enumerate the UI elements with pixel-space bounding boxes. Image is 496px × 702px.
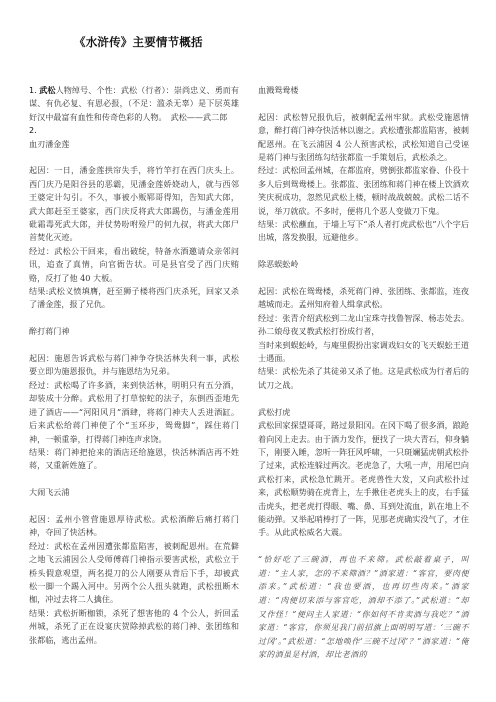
section-heading-blood-blade: 血刃潘金莲 [29,138,239,151]
intro-text: 人物绰号、个性：武松（行者）：崇尚忠义、勇而有谋、有仇必复、有恩必报，（不足：滥… [29,85,239,122]
section-cause: 起因：武松替兄报仇后，被刺配孟州牢狱。武松受施恩情意，醉打蒋门神夺快活林以谢之。… [258,111,469,165]
section-cause: 起因：施恩告诉武松与蒋门神争夺快活林失利一事，武松要立即为施恩报仇，并与施恩结为… [29,352,239,379]
section-heading-centipede-ridge: 除恶蜈蚣岭 [258,258,469,271]
section-process: 经过：武松公干回来，看出破绽，特备水酒邀请众亲邻问讯，追查了真情，向官衙告状。可… [29,245,239,285]
section-result: 结果：武松蘸血，于墙上写下“杀人者打虎武松也”八个字后出城，落发换服，远避他乡。 [258,218,469,245]
section-heading-feiyunpu: 大闹飞云浦 [29,486,239,499]
intro-paragraph: 1. 武松人物绰号、个性：武松（行者）：崇尚忠义、勇而有谋、有仇必复、有恩必报，… [29,84,239,124]
section-heading-tiger-fight: 武松打虎 [258,406,469,419]
section-process: 经过：张青介绍武松到二龙山宝珠寺找鲁智深、杨志处去。孙二娘母夜叉教武松打扮成行者… [258,312,469,339]
section-result: 结果：武松先杀了其徒弟又杀了他。这是武松成为行者后的试刀之战。 [258,365,469,392]
section-heading-mandarin-duck-tower: 血溅鸳鸯楼 [258,84,469,97]
character-name: 武松 [39,85,55,95]
section-cause: 起因：孟州小管营施恩厚待武松。武松酒醉后痛打蒋门神，夺回了快活林。 [29,513,239,540]
section-result: 结果:武松义愤填膺，赶至狮子楼将西门庆杀死，回家又杀了潘金莲，报了兄仇。 [29,285,239,312]
section-cause: 起因：一日，潘金莲拱帘失手，将竹竿打在西门庆头上。西门庆乃是阳谷县的恶霸，见潘金… [29,164,239,244]
section-process-continued: 当时来到蜈蚣岭，与庵里假扮出家调戏妇女的飞天蜈蚣王道士遇面。 [258,339,469,366]
section-process: 经过：武松在孟州因遭张都监陷害，被刺配恩州。在荒僻之地飞云浦因公人受师傅蒋门神指… [29,540,239,607]
section-heading-drunk-fight: 醉打蒋门神 [29,325,239,338]
section-cause: 起因：武松在鸳鸯楼，杀死蒋门神、张团练、张都监，连夜越城而走。孟州知府着人缉拿武… [258,285,469,312]
item-number: 1. [29,86,37,95]
quoted-excerpt: “恰好吃了三碗酒，再也不来筛。武松敲着桌子，叫道：“主人家，怎的不来筛酒？”酒家… [258,553,469,662]
item-number-2: 2. [29,124,239,137]
section-process: 经过：武松喝了许多酒，来到快活林，明明只有五分酒，却装成十分醉。武松用了打草惊蛇… [29,379,239,446]
section-body: 武松回家探望哥哥，路过景阳冈。在冈下喝了很多酒，踉跄着向冈上走去。由于酒力发作，… [258,419,469,540]
left-column: 1. 武松人物绰号、个性：武松（行者）：崇尚忠义、勇而有谋、有仇必复、有恩必报，… [29,84,239,647]
section-process: 经过：武松回孟州城，在都监府，劈倒张都监家眷、仆役十多人后到鸳鸯楼上。张都监、张… [258,164,469,218]
section-result: 结果：武松折断枷锁，杀死了想害他的 4 个公人，折回孟州城，杀死了正在设宴庆贺除… [29,607,239,647]
right-column: 血溅鸳鸯楼 起因：武松替兄报仇后，被刺配孟州牢狱。武松受施恩情意，醉打蒋门神夺快… [258,84,469,662]
document-title: 《水浒传》主要情节概括 [74,34,203,50]
section-result: 结果：蒋门神把抢来的酒店还给施恩，快活林酒店再不姓蒋，又重新姓施了。 [29,446,239,473]
